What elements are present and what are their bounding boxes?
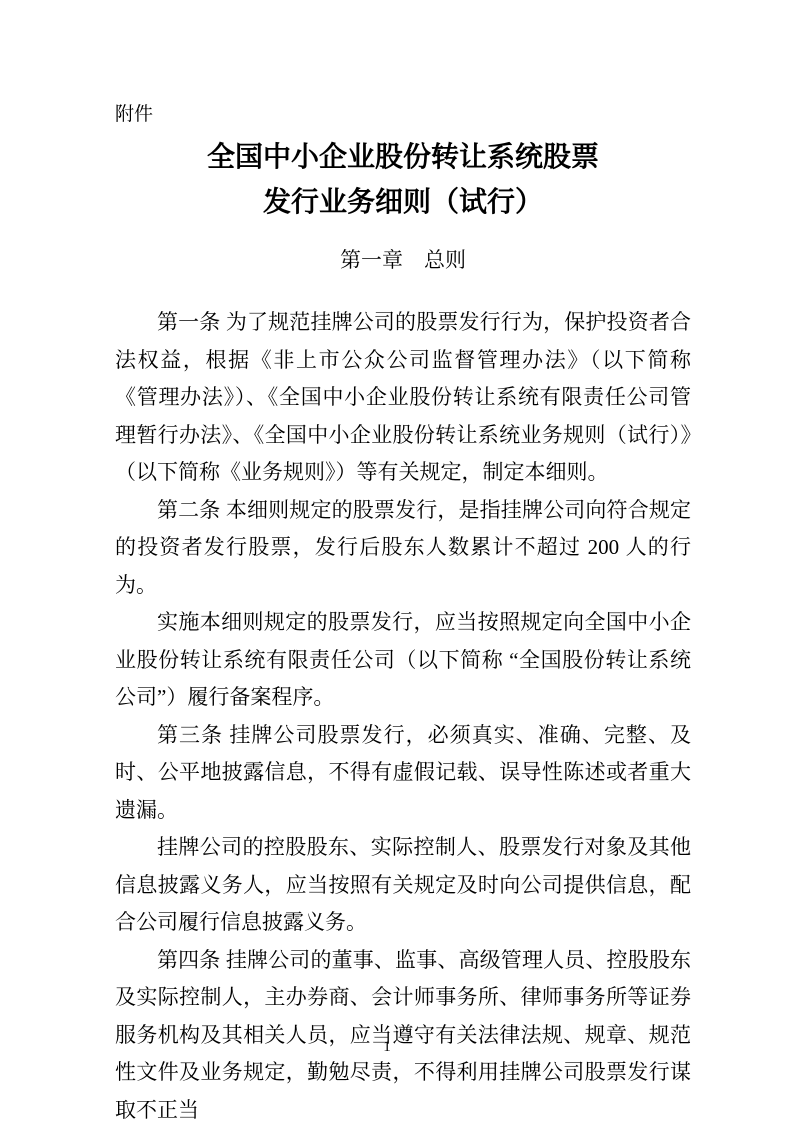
document-title-line2: 发行业务细则（试行） (115, 180, 691, 225)
chapter-heading: 第一章 总则 (115, 241, 691, 279)
document-title: 全国中小企业股份转让系统股票 发行业务细则（试行） (115, 135, 691, 225)
paragraph-article-2: 第二条 本细则规定的股票发行，是指挂牌公司向符合规定的投资者发行股票，发行后股东… (115, 492, 691, 605)
paragraph-article-1: 第一条 为了规范挂牌公司的股票发行行为，保护投资者合法权益，根据《非上市公众公司… (115, 304, 691, 492)
paragraph-article-4: 第四条 挂牌公司的董事、监事、高级管理人员、控股股东及实际控制人，主办券商、会计… (115, 942, 691, 1122)
document-body: 第一条 为了规范挂牌公司的股票发行行为，保护投资者合法权益，根据《非上市公众公司… (115, 304, 691, 1122)
document-title-line1: 全国中小企业股份转让系统股票 (115, 135, 691, 180)
document-page: 附件 全国中小企业股份转让系统股票 发行业务细则（试行） 第一章 总则 第一条 … (0, 0, 794, 1122)
paragraph-article-2-continued: 实施本细则规定的股票发行，应当按照规定向全国中小企业股份转让系统有限责任公司（以… (115, 604, 691, 717)
page-number: 1 (0, 1038, 774, 1056)
paragraph-article-3: 第三条 挂牌公司股票发行，必须真实、准确、完整、及时、公平地披露信息，不得有虚假… (115, 717, 691, 830)
document-content: 附件 全国中小企业股份转让系统股票 发行业务细则（试行） 第一章 总则 第一条 … (115, 103, 691, 1122)
paragraph-article-3-continued: 挂牌公司的控股股东、实际控制人、股票发行对象及其他信息披露义务人，应当按照有关规… (115, 829, 691, 942)
attachment-label: 附件 (115, 103, 691, 126)
